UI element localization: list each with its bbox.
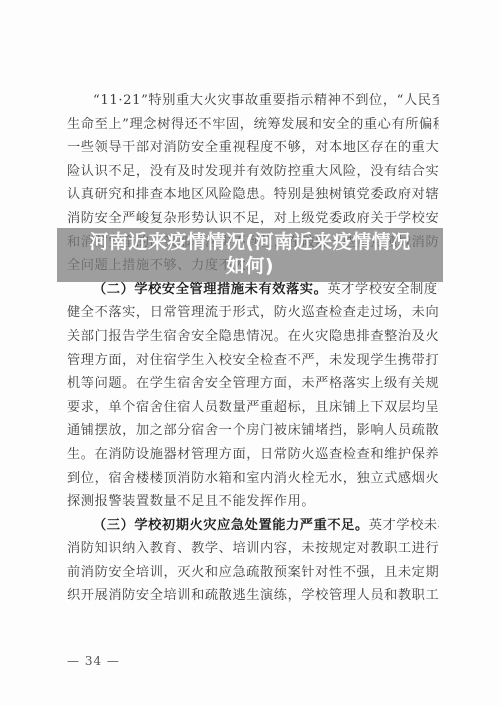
document-body: “11·21”特别重大火灾事故重要指示精神不到位，“人民至上、生命至上”理念树得… — [67, 89, 439, 608]
section-heading: （二）学校安全管理措施未有效落实。 — [93, 282, 327, 297]
line-text: 要求，单个宿舍住宿人员数量严重超标，且床铺上下双层均呈大 — [67, 400, 439, 415]
line-text: 管理方面，对住宿学生入校安全检查不严，未发现学生携带打火 — [67, 353, 439, 368]
line-text: 健全不落实，日常管理流于形式，防火巡查检查走过场，未向有 — [67, 305, 439, 320]
line-text: 消防安全严峻复杂形势认识不足，对上级党委政府关于学校安全 — [67, 211, 439, 226]
overlay-title-line2: 如何) — [57, 254, 443, 278]
line-text: 认真研究和排查本地区风险隐患。特别是独树镇党委政府对辖区 — [67, 187, 439, 202]
line-text: 通铺摆放，加之部分宿舍一个房门被床铺堵挡，影响人员疏散逃 — [67, 423, 439, 438]
text-line: 认真研究和排查本地区风险隐患。特别是独树镇党委政府对辖区 — [67, 183, 439, 207]
text-line: 要求，单个宿舍住宿人员数量严重超标，且床铺上下双层均呈大 — [67, 396, 439, 420]
line-text: 关部门报告学生宿舍安全隐患情况。在火灾隐患排查整治及火源 — [67, 329, 439, 344]
line-text: 英才学校未将 — [369, 518, 439, 533]
text-line: 前消防安全培训，灭火和应急疏散预案针对性不强，且未定期组 — [67, 561, 439, 585]
line-text: 机等问题。在学生宿舍安全管理方面，未严格落实上级有关规定 — [67, 376, 439, 391]
overlay-title: 河南近来疫情情况(河南近来疫情情况 如何) — [57, 230, 443, 278]
line-text: 织开展消防安全培训和疏散逃生演练，学校管理人员和教职工安 — [67, 588, 439, 603]
text-line: 管理方面，对住宿学生入校安全检查不严，未发现学生携带打火 — [67, 349, 439, 373]
line-text: 消防知识纳入教育、教学、培训内容，未按规定对教职工进行岗 — [67, 541, 439, 556]
text-line: 机等问题。在学生宿舍安全管理方面，未严格落实上级有关规定 — [67, 372, 439, 396]
text-line: 健全不落实，日常管理流于形式，防火巡查检查走过场，未向有 — [67, 301, 439, 325]
text-line: （三）学校初期火灾应急处置能力严重不足。英才学校未将 — [67, 514, 439, 538]
line-text: 前消防安全培训，灭火和应急疏散预案针对性不强，且未定期组 — [67, 565, 439, 580]
line-text: 险认识不足，没有及时发现并有效防控重大风险，没有结合实际 — [67, 164, 439, 179]
text-line: 一些领导干部对消防安全重视程度不够，对本地区存在的重大风 — [67, 136, 439, 160]
text-line: 生。在消防设施器材管理方面，日常防火巡查检查和维护保养不 — [67, 443, 439, 467]
line-text: 探测报警装置数量不足且不能发挥作用。 — [67, 494, 315, 509]
line-text: 生命至上”理念树得还不牢固，统筹发展和安全的重心有所偏移。 — [67, 117, 439, 132]
page-number: — 34 — — [67, 654, 120, 668]
line-text: 一些领导干部对消防安全重视程度不够，对本地区存在的重大风 — [67, 140, 439, 155]
overlay-title-line1: 河南近来疫情情况(河南近来疫情情况 — [57, 230, 443, 254]
text-line: 消防知识纳入教育、教学、培训内容，未按规定对教职工进行岗 — [67, 537, 439, 561]
section-heading: （三）学校初期火灾应急处置能力严重不足。 — [93, 518, 369, 533]
text-line: 织开展消防安全培训和疏散逃生演练，学校管理人员和教职工安 — [67, 584, 439, 608]
text-line: 通铺摆放，加之部分宿舍一个房门被床铺堵挡，影响人员疏散逃 — [67, 419, 439, 443]
line-text: 生。在消防设施器材管理方面，日常防火巡查检查和维护保养不 — [67, 447, 439, 462]
document-page: “11·21”特别重大火灾事故重要指示精神不到位，“人民至上、生命至上”理念树得… — [0, 0, 500, 706]
line-text: “11·21”特别重大火灾事故重要指示精神不到位，“人民至上、 — [93, 93, 439, 108]
text-line: “11·21”特别重大火灾事故重要指示精神不到位，“人民至上、 — [67, 89, 439, 113]
text-line: 探测报警装置数量不足且不能发挥作用。 — [67, 490, 439, 514]
text-line: 生命至上”理念树得还不牢固，统筹发展和安全的重心有所偏移。 — [67, 113, 439, 137]
line-text: 英才学校安全制度不 — [327, 282, 439, 297]
text-line: 险认识不足，没有及时发现并有效防控重大风险，没有结合实际 — [67, 160, 439, 184]
text-line: 关部门报告学生宿舍安全隐患情况。在火灾隐患排查整治及火源 — [67, 325, 439, 349]
text-line: 到位，宿舍楼楼顶消防水箱和室内消火栓无水，独立式感烟火灾 — [67, 467, 439, 491]
line-text: 到位，宿舍楼楼顶消防水箱和室内消火栓无水，独立式感烟火灾 — [67, 471, 439, 486]
